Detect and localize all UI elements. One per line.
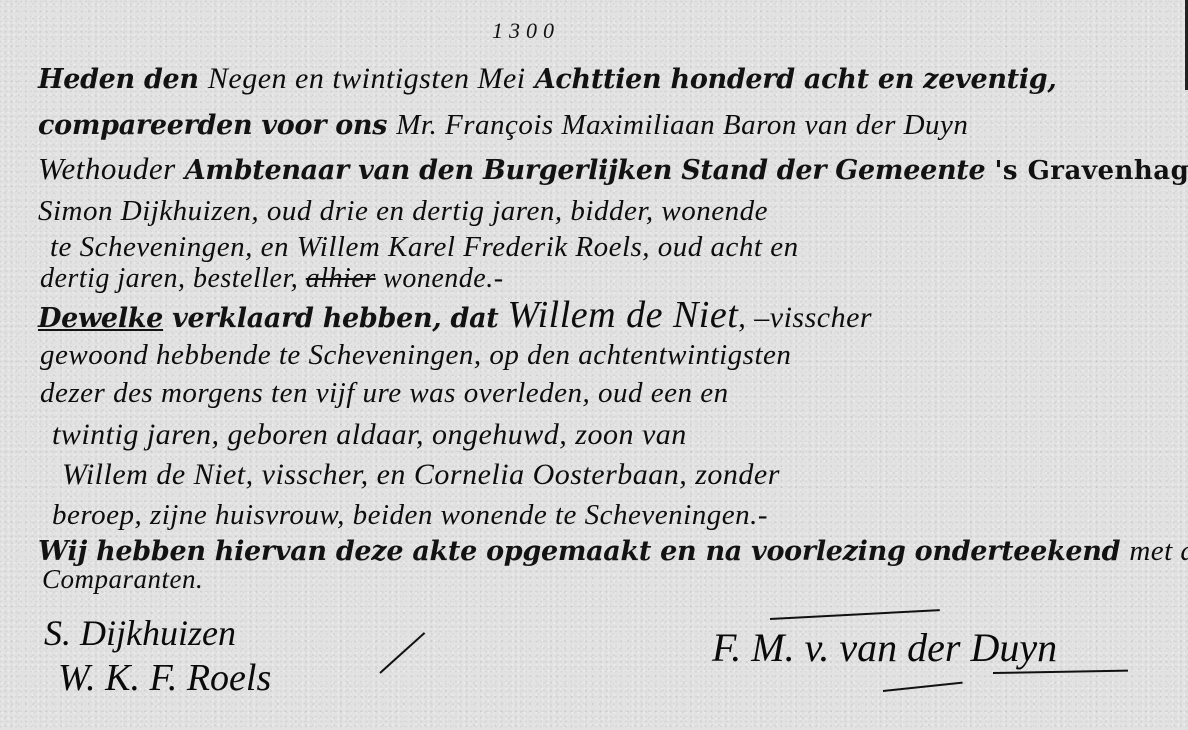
handwritten-date: Negen en twintigsten Mei	[208, 62, 526, 95]
record-line-4: Simon Dijkhuizen, oud drie en dertig jar…	[38, 194, 768, 229]
printed-text: Heden den	[38, 64, 208, 95]
printed-year: Achttien honderd acht en zeventig,	[526, 64, 1057, 95]
record-line-8: gewoond hebbende te Scheveningen, op den…	[40, 338, 791, 373]
handwritten-text: beroep, zijne huisvrouw, beiden wonende …	[52, 499, 768, 531]
handwritten-occupation: , –visscher	[738, 301, 872, 334]
handwritten-text: dertig jaren, besteller,	[40, 263, 306, 294]
printed-municipality: 's Gravenhage	[994, 156, 1188, 186]
handwritten-text: met de	[1129, 535, 1188, 567]
handwritten-struck-text: alhier	[306, 263, 376, 294]
signature-flourish	[770, 609, 940, 620]
handwritten-registrar-name: Mr. François Maximiliaan Baron van der D…	[396, 109, 968, 141]
signature-flourish	[379, 632, 425, 674]
record-line-12: beroep, zijne huisvrouw, beiden wonende …	[52, 498, 768, 533]
printed-text: compareerden voor ons	[38, 110, 396, 141]
record-line-9: dezer des morgens ten vijf ure was overl…	[40, 376, 729, 411]
signature-witness-2: W. K. F. Roels	[58, 656, 271, 700]
signature-registrar: F. M. v. van der Duyn	[712, 624, 1057, 671]
handwritten-text: Comparanten.	[42, 564, 203, 594]
record-line-7: Dewelke verklaard hebben, dat Willem de …	[38, 298, 872, 336]
signature-flourish	[883, 682, 963, 692]
handwritten-parents: Willem de Niet, visscher, en Cornelia Oo…	[62, 458, 780, 491]
signature-witness-1: S. Dijkhuizen	[44, 612, 236, 654]
handwritten-text: twintig jaren, geboren aldaar, ongehuwd,…	[52, 418, 687, 451]
folio-number: 1300	[492, 18, 560, 44]
record-line-1: Heden den Negen en twintigsten Mei Achtt…	[38, 62, 1056, 97]
handwritten-title: Wethouder	[38, 151, 176, 186]
record-line-11: Willem de Niet, visscher, en Cornelia Oo…	[62, 458, 780, 493]
record-line-3: Wethouder Ambtenaar van den Burgerlijken…	[38, 152, 1188, 188]
record-line-10: twintig jaren, geboren aldaar, ongehuwd,…	[52, 418, 687, 453]
record-line-6: dertig jaren, besteller, alhier wonende.…	[40, 262, 504, 296]
record-line-13: Wij hebben hiervan deze akte opgemaakt e…	[38, 534, 1188, 569]
record-line-14: Comparanten.	[42, 562, 203, 597]
handwritten-witness-1: Simon Dijkhuizen, oud drie en dertig jar…	[38, 195, 768, 227]
handwritten-witness-2: te Scheveningen, en Willem Karel Frederi…	[50, 231, 799, 263]
handwritten-text: dezer des morgens ten vijf ure was overl…	[40, 377, 729, 409]
record-line-5: te Scheveningen, en Willem Karel Frederi…	[50, 230, 799, 265]
printed-text: Ambtenaar van den Burgerlijken Stand der…	[176, 155, 995, 186]
document-page: 1300 Heden den Negen en twintigsten Mei …	[0, 0, 1188, 730]
record-line-2: compareerden voor ons Mr. François Maxim…	[38, 108, 968, 143]
handwritten-text: wonende.-	[376, 263, 504, 294]
handwritten-deceased-name: Willem de Niet	[508, 294, 739, 336]
handwritten-text: gewoond hebbende te Scheveningen, op den…	[40, 339, 791, 371]
printed-text: Dewelke verklaard hebben, dat	[38, 303, 508, 334]
